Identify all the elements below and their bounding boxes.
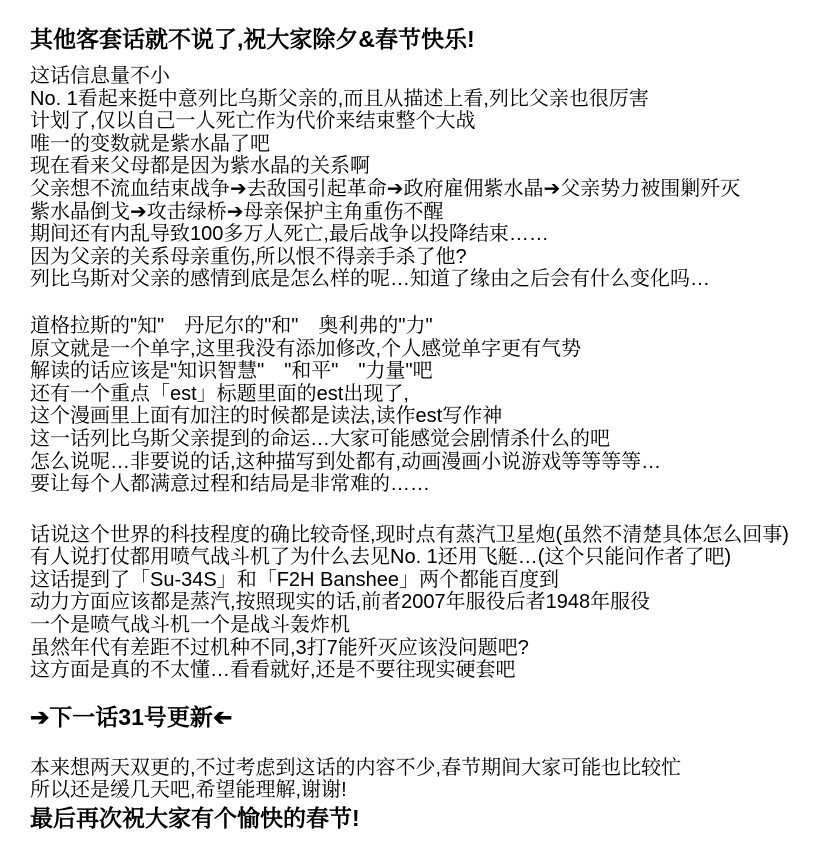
text-line: 计划了,仅以自己一人死亡作为代价来结束整个大战 [30,110,812,133]
text-line: 虽然年代有差距不过机种不同,3打7能歼灭应该没问题吧? [30,637,812,660]
update-notice: ➔下一话31号更新➔ [30,704,812,731]
text-line: 期间还有内乱导致100多万人死亡,最后战争以投降结束…… [30,223,812,246]
text-line: 话说这个世界的科技程度的确比较奇怪,现时点有蒸汽卫星炮(虽然不清楚具体怎么回事) [30,524,812,547]
closing-paragraph: 本来想两天双更的,不过考虑到这话的内容不少,春节期间大家可能也比较忙 所以还是缓… [30,757,812,802]
text-line: 唯一的变数就是紫水晶了吧 [30,133,812,156]
greeting-title: 其他客套话就不说了,祝大家除夕&春节快乐! [30,26,812,53]
text-line: No. 1看起来挺中意列比乌斯父亲的,而且从描述上看,列比父亲也很厉害 [30,88,812,111]
text-line: 要让每个人都满意过程和结局是非常难的…… [30,473,812,496]
text-line: 这个漫画里上面有加注的时候都是读法,读作est写作神 [30,405,812,428]
left-arrow-icon: ➔ [213,704,232,731]
text-line: 原文就是一个单字,这里我没有添加修改,个人感觉单字更有气势 [30,338,812,361]
text-line: 这一话列比乌斯父亲提到的命运…大家可能感觉会剧情杀什么的吧 [30,428,812,451]
right-arrow-icon: ➔ [30,704,49,731]
afterword-page: 其他客套话就不说了,祝大家除夕&春节快乐! 这话信息量不小 No. 1看起来挺中… [0,0,820,860]
paragraph-translation-notes: 道格拉斯的"知" 丹尼尔的"和" 奥利弗的"力" 原文就是一个单字,这里我没有添… [30,315,812,496]
text-line: 怎么说呢…非要说的话,这种描写到处都有,动画漫画小说游戏等等等等… [30,451,812,474]
text-line: 动力方面应该都是蒸汽,按照现实的话,前者2007年服役后者1948年服役 [30,591,812,614]
text-line: 这话提到了「Su-34S」和「F2H Banshee」两个都能百度到 [30,569,812,592]
text-line: 解读的话应该是"知识智慧" "和平" "力量"吧 [30,360,812,383]
text-line: 父亲想不流血结束战争➔去敌国引起革命➔政府雇佣紫水晶➔父亲势力被围剿歼灭 [30,178,812,201]
text-line: 有人说打仗都用喷气战斗机了为什么去见No. 1还用飞艇…(这个只能问作者了吧) [30,546,812,569]
text-line: 这方面是真的不太懂…看看就好,还是不要往现实硬套吧 [30,659,812,682]
text-line: 一个是喷气战斗机一个是战斗轰炸机 [30,614,812,637]
update-notice-label: 下一话31号更新 [49,704,213,730]
text-line: 这话信息量不小 [30,65,812,88]
text-line: 道格拉斯的"知" 丹尼尔的"和" 奥利弗的"力" [30,315,812,338]
text-line: 还有一个重点「est」标题里面的est出现了, [30,383,812,406]
text-line: 现在看来父母都是因为紫水晶的关系啊 [30,155,812,178]
paragraph-plot-analysis: 这话信息量不小 No. 1看起来挺中意列比乌斯父亲的,而且从描述上看,列比父亲也… [30,65,812,291]
text-line: 紫水晶倒戈➔攻击绿桥➔母亲保护主角重伤不醒 [30,201,812,224]
text-line: 本来想两天双更的,不过考虑到这话的内容不少,春节期间大家可能也比较忙 [30,757,812,780]
paragraph-tech-discussion: 话说这个世界的科技程度的确比较奇怪,现时点有蒸汽卫星炮(虽然不清楚具体怎么回事)… [30,524,812,682]
final-greeting: 最后再次祝大家有个愉快的春节! [30,805,812,832]
text-line: 所以还是缓几天吧,希望能理解,谢谢! [30,779,812,802]
text-line: 因为父亲的关系母亲重伤,所以恨不得亲手杀了他? [30,246,812,269]
text-line: 列比乌斯对父亲的感情到底是怎么样的呢…知道了缘由之后会有什么变化吗… [30,268,812,291]
